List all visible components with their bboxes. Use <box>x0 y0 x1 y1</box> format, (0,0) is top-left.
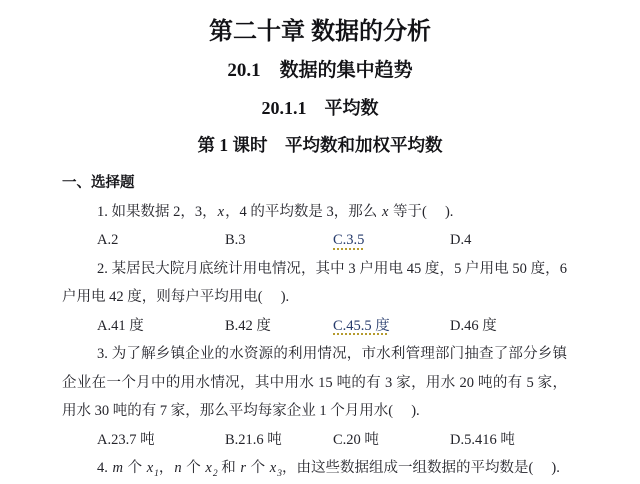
text-run: 等于( ). <box>389 204 453 220</box>
question-3-options: A.23.7 吨 B.21.6 吨 C.20 吨 D.5.416 吨 <box>62 426 567 455</box>
section-title: 20.1 数据的集中趋势 <box>0 59 640 83</box>
text-run: 个 <box>183 460 205 476</box>
worksheet-page: 第二十章 数据的分析 20.1 数据的集中趋势 20.1.1 平均数 第 1 课… <box>0 0 640 484</box>
text-run: 4. <box>97 460 112 476</box>
variable: r <box>239 460 247 476</box>
lesson-title: 第 1 课时 平均数和加权平均数 <box>0 134 640 156</box>
text-run: ，4 的平均数是 3，那么 <box>225 204 381 220</box>
question-1-option-d: D.4 <box>450 226 471 255</box>
text-run: 个 <box>124 460 146 476</box>
question-3-text: 3. 为了解乡镇企业的水资源的利用情况，市水利管理部门抽查了部分乡镇企业在一个月… <box>62 340 567 426</box>
variable: x <box>146 460 154 476</box>
question-3-option-c: C.20 吨 <box>333 426 379 455</box>
question-1-options: A.2 B.3 C.3.5 D.4 <box>62 226 567 255</box>
question-1-option-c: C.3.5 <box>333 226 364 255</box>
worksheet-body: 一、选择题 1. 如果数据 2，3，x，4 的平均数是 3，那么 x 等于( )… <box>62 169 567 484</box>
question-2-options: A.41 度 B.42 度 C.45.5 度 D.46 度 <box>62 312 567 341</box>
text-run: 2. 某居民大院月底统计用电情况，其中 3 户用电 45 度，5 户用电 50 … <box>62 261 567 306</box>
chapter-title: 第二十章 数据的分析 <box>0 18 640 46</box>
text-run: 个 <box>247 460 269 476</box>
question-2-text: 2. 某居民大院月底统计用电情况，其中 3 户用电 45 度，5 户用电 50 … <box>62 255 567 312</box>
question-2-option-c: C.45.5 度 <box>333 312 390 341</box>
text-run: 1. 如果数据 2，3， <box>97 204 217 220</box>
variable: x <box>204 460 212 476</box>
question-2-option-d: D.46 度 <box>450 312 497 341</box>
variable: x <box>217 204 225 220</box>
question-2-option-a: A.41 度 <box>97 312 144 341</box>
variable: m <box>112 460 124 476</box>
subsection-title: 20.1.1 平均数 <box>0 97 640 119</box>
variable: x <box>269 460 277 476</box>
question-3-option-a: A.23.7 吨 <box>97 426 155 455</box>
question-4-text: 4. m 个 x1，n 个 x2 和 r 个 x3，由这些数据组成一组数据的平均… <box>62 454 567 484</box>
text-run: ， <box>159 460 174 476</box>
text-run: ，由这些数据组成一组数据的平均数是( ). <box>282 460 560 476</box>
question-1-option-b: B.3 <box>225 226 246 255</box>
text-run: 3. 为了解乡镇企业的水资源的利用情况，市水利管理部门抽查了部分乡镇企业在一个月… <box>62 346 567 419</box>
variable: n <box>173 460 182 476</box>
question-3-option-d: D.5.416 吨 <box>450 426 515 455</box>
question-3-option-b: B.21.6 吨 <box>225 426 282 455</box>
question-1-text: 1. 如果数据 2，3，x，4 的平均数是 3，那么 x 等于( ). <box>62 198 567 227</box>
question-2-option-b: B.42 度 <box>225 312 271 341</box>
part-label-choice-questions: 一、选择题 <box>62 169 567 198</box>
text-run: 和 <box>218 460 240 476</box>
question-1-option-a: A.2 <box>97 226 118 255</box>
